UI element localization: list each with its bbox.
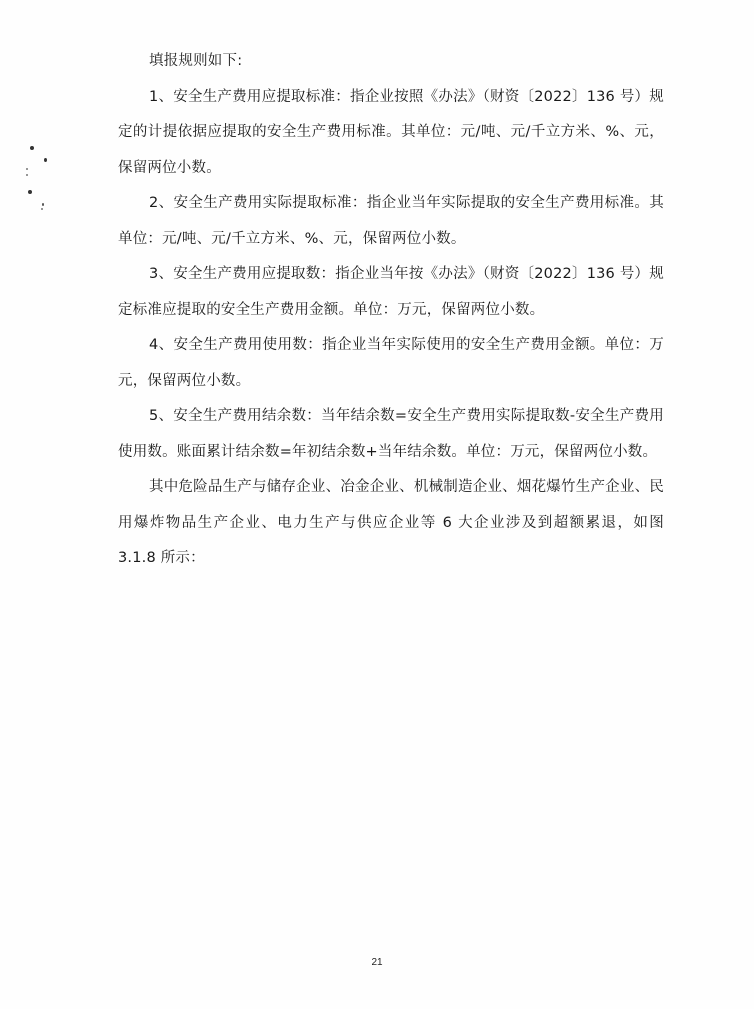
rule-paragraph-4: 4、安全生产费用使用数：指企业当年实际使用的安全生产费用金额。单位：万元，保留两…: [118, 328, 664, 399]
rule-paragraph-1: 1、安全生产费用应提取标准：指企业按照《办法》（财资〔2022〕136 号）规定…: [118, 80, 664, 187]
rule-paragraph-5: 5、安全生产费用结余数：当年结余数=安全生产费用实际提取数-安全生产费用使用数。…: [118, 399, 664, 470]
rule-paragraph-3: 3、安全生产费用应提取数：指企业当年按《办法》（财资〔2022〕136 号）规定…: [118, 257, 664, 328]
document-body: 填报规则如下: 1、安全生产费用应提取标准：指企业按照《办法》（财资〔2022〕…: [118, 44, 664, 577]
rule-paragraph-2: 2、安全生产费用实际提取标准：指企业当年实际提取的安全生产费用标准。其单位：元/…: [118, 186, 664, 257]
binding-mark: [44, 158, 47, 162]
binding-mark: [30, 146, 34, 150]
summary-paragraph: 其中危险品生产与储存企业、冶金企业、机械制造企业、烟花爆竹生产企业、民用爆炸物品…: [118, 470, 664, 577]
binding-mark: [28, 190, 32, 194]
binding-hole-marks: [20, 140, 60, 220]
page-number: 21: [0, 957, 754, 968]
binding-mark: [26, 174, 28, 176]
binding-mark: [42, 203, 44, 206]
binding-mark: [26, 168, 28, 170]
binding-mark: [41, 208, 43, 210]
document-page: 填报规则如下: 1、安全生产费用应提取标准：指企业按照《办法》（财资〔2022〕…: [0, 0, 754, 1009]
section-heading: 填报规则如下:: [118, 44, 664, 80]
